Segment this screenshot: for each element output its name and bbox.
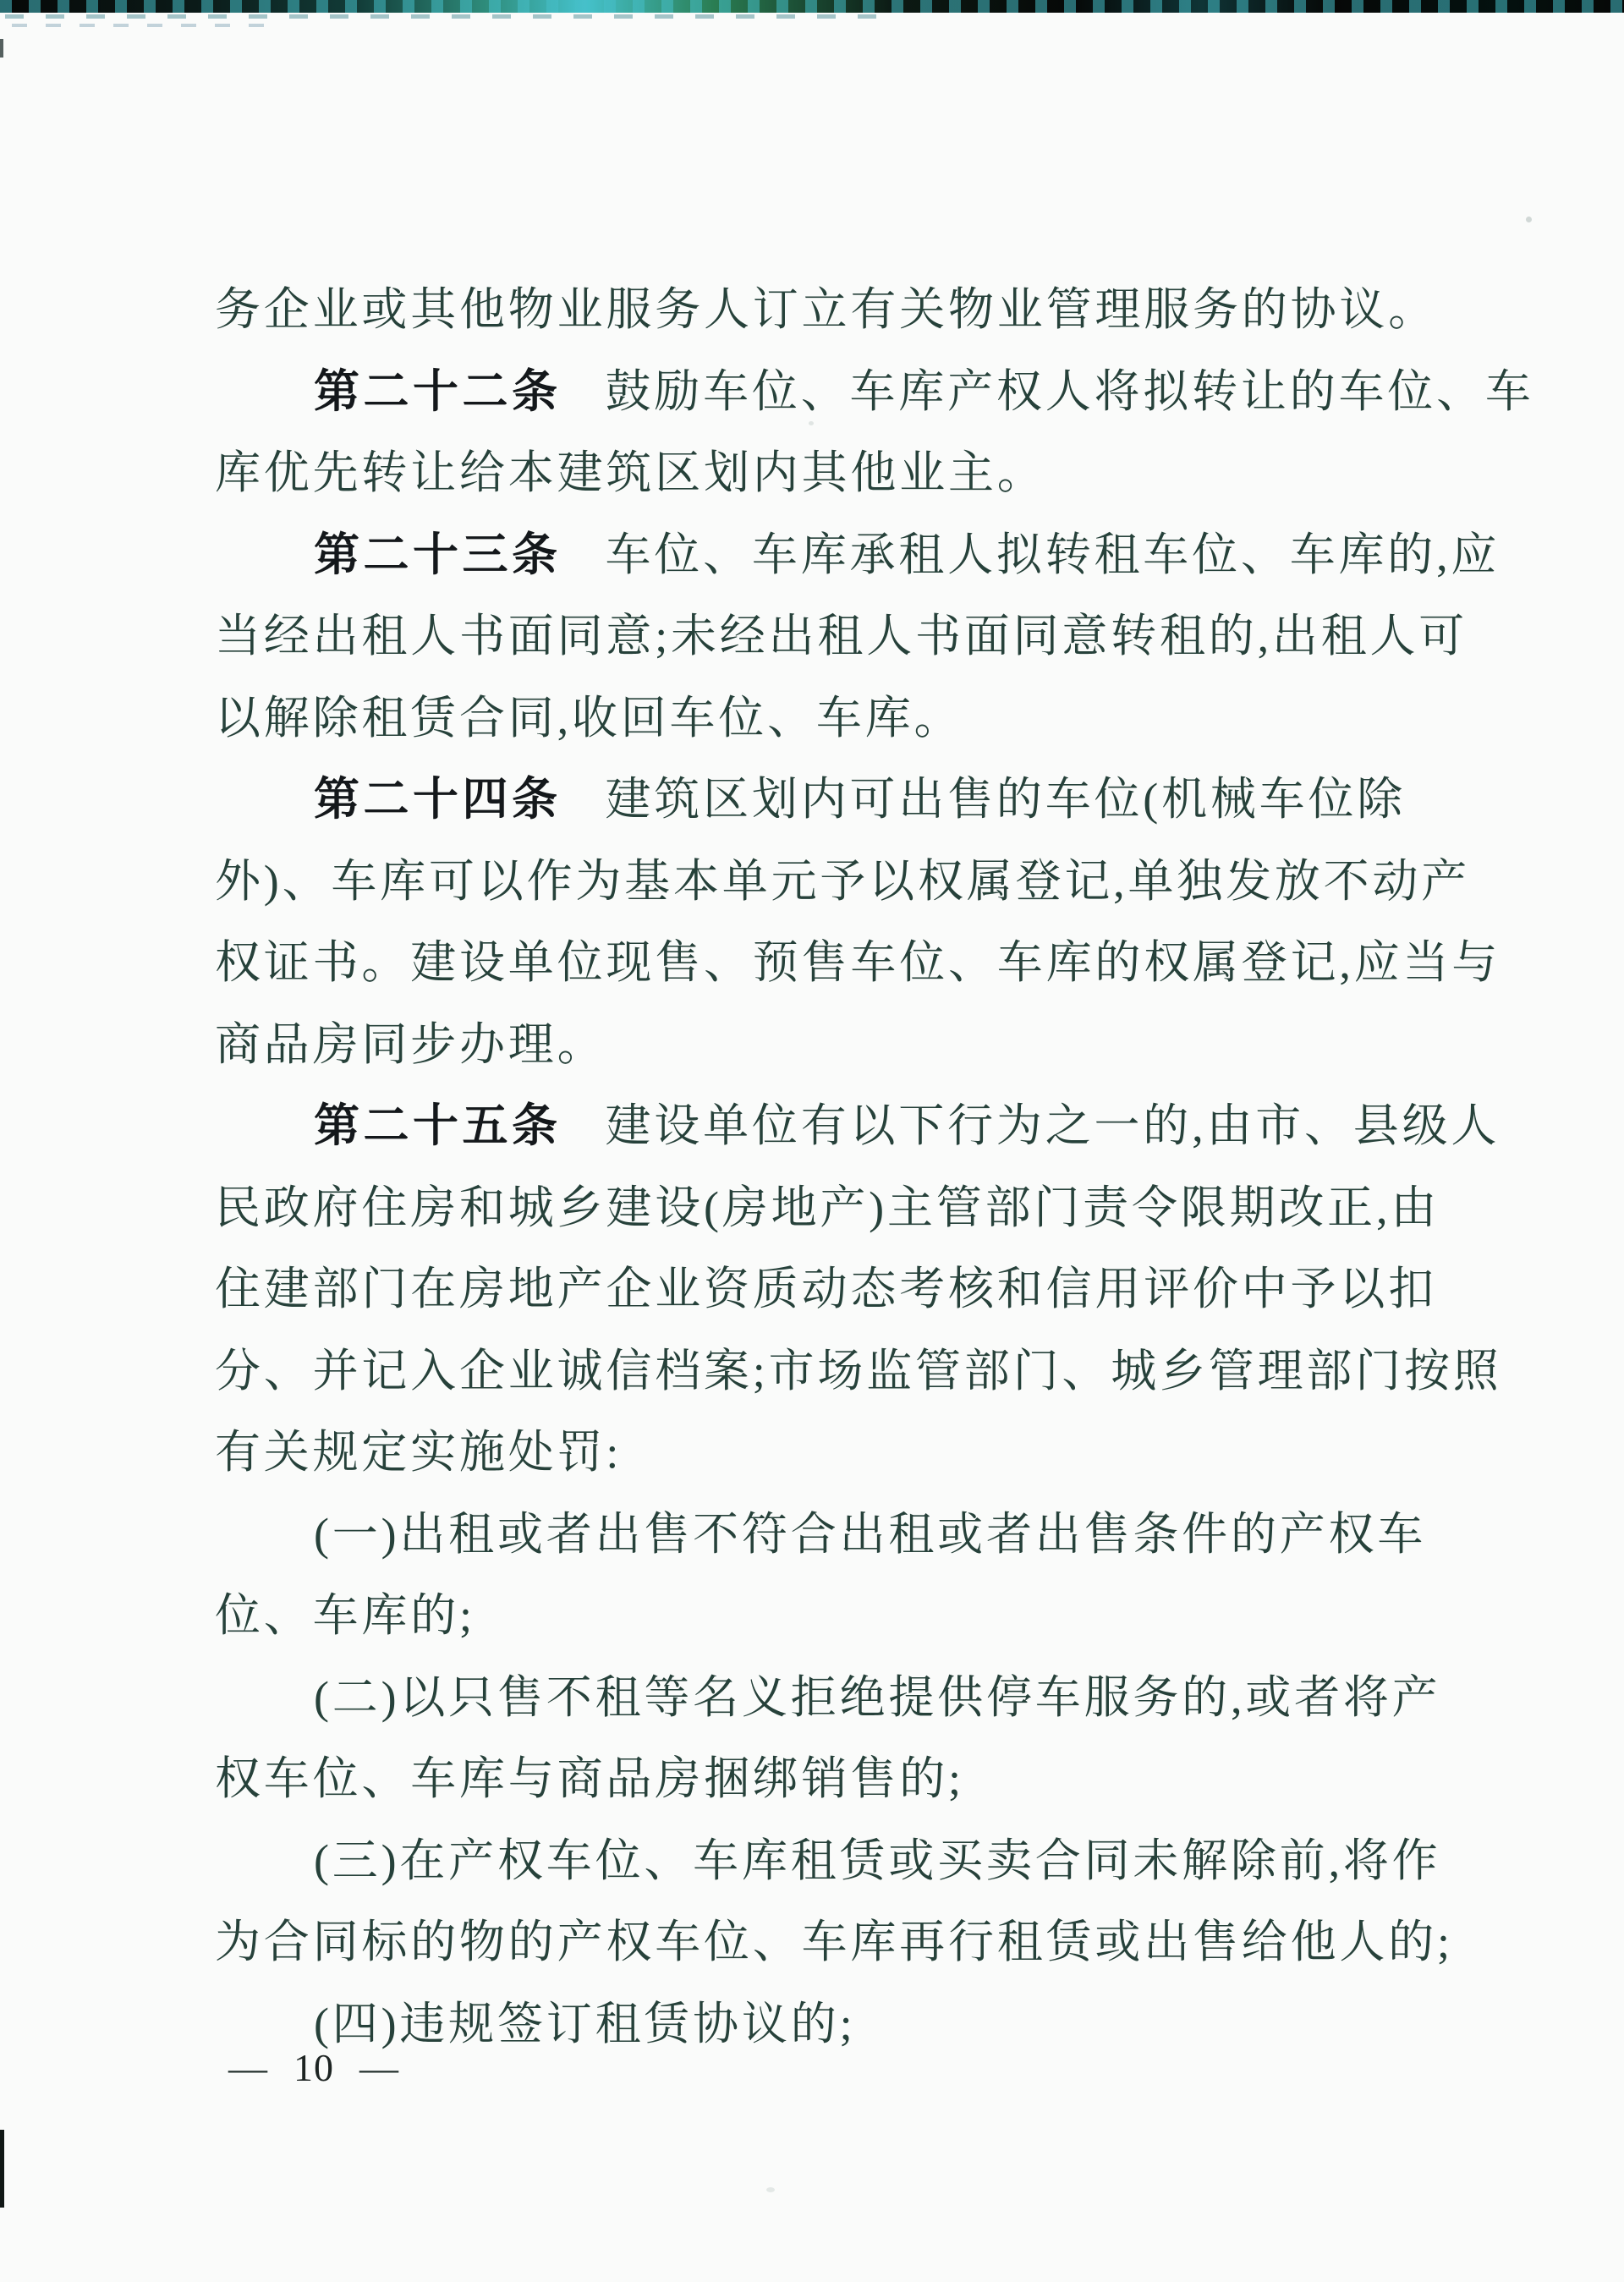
body-line: 住建部门在房地产企业资质动态考核和信用评价中予以扣 (215, 1248, 1458, 1330)
body-line-text: 建设单位有以下行为之一的,由市、县级人 (606, 1100, 1501, 1151)
body-line-text: 民政府住房和城乡建设(房地产)主管部门责令限期改正,由 (215, 1182, 1440, 1233)
body-line-text: 鼓励车位、车库产权人将拟转让的车位、车 (606, 366, 1534, 417)
body-line-text: 车位、车库承租人拟转租车位、车库的,应 (606, 529, 1501, 580)
page-number-value: 10 (294, 2046, 334, 2089)
body-line-text: 权车位、车库与商品房捆绑销售的; (215, 1753, 964, 1804)
body-line: 为合同标的物的产权车位、车库再行租赁或出售给他人的; (215, 1901, 1458, 1983)
scan-edge-artifact-top-noise (5, 14, 893, 19)
page-number: —10— (228, 2047, 399, 2089)
body-line: 务企业或其他物业服务人订立有关物业管理服务的协议。 (215, 269, 1458, 351)
body-line: 第二十三条车位、车库承租人拟转租车位、车库的,应 (215, 514, 1458, 596)
body-line: (二)以只售不租等名义拒绝提供停车服务的,或者将产 (215, 1657, 1458, 1739)
body-line: 商品房同步办理。 (215, 1004, 1458, 1086)
article-number-heading: 第二十三条 (314, 529, 562, 580)
body-line-text: 位、车库的; (215, 1590, 475, 1641)
body-line: 分、并记入企业诚信档案;市场监管部门、城乡管理部门按照 (215, 1330, 1458, 1413)
body-line: 第二十五条建设单位有以下行为之一的,由市、县级人 (215, 1085, 1458, 1167)
body-line-text: 库优先转让给本建筑区划内其他业主。 (215, 447, 1046, 498)
body-line-text: 务企业或其他物业服务人订立有关物业管理服务的协议。 (215, 284, 1437, 335)
body-line-text: 外)、车库可以作为基本单元予以权属登记,单独发放不动产 (215, 856, 1470, 907)
body-line-text: 为合同标的物的产权车位、车库再行租赁或出售给他人的; (215, 1917, 1453, 1967)
article-number-heading: 第二十五条 (314, 1100, 562, 1151)
scan-speck (766, 2187, 775, 2192)
body-line: (四)违规签订租赁协议的; (215, 1983, 1458, 2065)
body-line: 位、车库的; (215, 1575, 1458, 1657)
body-line: 外)、车库可以作为基本单元予以权属登记,单独发放不动产 (215, 841, 1458, 923)
scanned-document-page: 务企业或其他物业服务人订立有关物业管理服务的协议。 第二十二条鼓励车位、车库产权… (0, 0, 1624, 2282)
page-number-dash-right: — (359, 2046, 399, 2089)
body-line: 有关规定实施处罚: (215, 1412, 1458, 1494)
body-line-text: (二)以只售不租等名义拒绝提供停车服务的,或者将产 (314, 1672, 1440, 1723)
page-number-dash-left: — (228, 2046, 268, 2089)
body-line: 第二十二条鼓励车位、车库产权人将拟转让的车位、车 (215, 351, 1458, 433)
body-line-text: 当经出租人书面同意;未经出租人书面同意转租的,出租人可 (215, 611, 1468, 661)
body-line: 以解除租赁合同,收回车位、车库。 (215, 677, 1458, 760)
article-number-heading: 第二十二条 (314, 366, 562, 417)
scan-edge-artifact-top-noise-2 (12, 24, 266, 27)
body-line: 民政府住房和城乡建设(房地产)主管部门责令限期改正,由 (215, 1167, 1458, 1249)
scan-edge-artifact-top (0, 0, 1624, 13)
body-line-text: 权证书。建设单位现售、预售车位、车库的权属登记,应当与 (215, 937, 1501, 988)
scan-edge-artifact-left (0, 39, 3, 58)
body-line: 当经出租人书面同意;未经出租人书面同意转租的,出租人可 (215, 595, 1458, 677)
document-body: 务企业或其他物业服务人订立有关物业管理服务的协议。 第二十二条鼓励车位、车库产权… (215, 269, 1458, 2065)
body-line-text: 建筑区划内可出售的车位(机械车位除 (606, 774, 1407, 825)
body-line-text: 有关规定实施处罚: (215, 1427, 622, 1478)
body-line: 权证书。建设单位现售、预售车位、车库的权属登记,应当与 (215, 922, 1458, 1004)
body-line-text: (一)出租或者出售不符合出租或者出售条件的产权车 (314, 1509, 1426, 1560)
body-line-text: (四)违规签订租赁协议的; (314, 1999, 855, 2049)
body-line-text: 以解除租赁合同,收回车位、车库。 (215, 693, 963, 743)
scan-edge-artifact-left-bottom (0, 2130, 4, 2208)
body-line-text: 分、并记入企业诚信档案;市场监管部门、城乡管理部门按照 (215, 1346, 1502, 1396)
body-line: 库优先转让给本建筑区划内其他业主。 (215, 432, 1458, 514)
body-line: (一)出租或者出售不符合出租或者出售条件的产权车 (215, 1494, 1458, 1576)
body-line: (三)在产权车位、车库租赁或买卖合同未解除前,将作 (215, 1820, 1458, 1902)
body-line: 第二十四条建筑区划内可出售的车位(机械车位除 (215, 759, 1458, 841)
scan-speck (1526, 217, 1532, 222)
body-line-text: (三)在产权车位、车库租赁或买卖合同未解除前,将作 (314, 1835, 1440, 1886)
body-line: 权车位、车库与商品房捆绑销售的; (215, 1738, 1458, 1820)
body-line-text: 住建部门在房地产企业资质动态考核和信用评价中予以扣 (215, 1264, 1437, 1314)
body-line-text: 商品房同步办理。 (215, 1019, 606, 1070)
article-number-heading: 第二十四条 (314, 774, 562, 825)
